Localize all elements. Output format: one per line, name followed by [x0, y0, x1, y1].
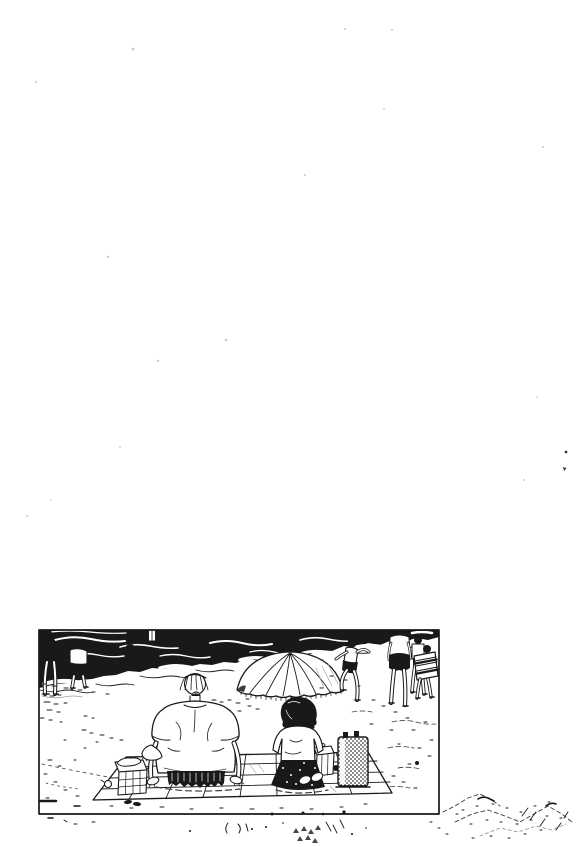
bather-head: [215, 636, 218, 639]
noise-speck: [536, 396, 538, 398]
border-speck: [271, 813, 274, 816]
dune-ridge: [455, 806, 572, 822]
dune-sketch: [430, 794, 572, 838]
dune-ridge: [443, 794, 500, 812]
noise-speck: [132, 48, 135, 51]
walker-trunks: [389, 653, 410, 671]
noise-speck: [344, 28, 346, 30]
noise-speck: [225, 339, 228, 342]
dune-ridge: [480, 824, 566, 836]
noise-speck: [35, 81, 37, 83]
noise-speck: [304, 174, 306, 176]
noise-speck: [383, 108, 385, 110]
noise-speck: [391, 29, 393, 31]
bather-head: [331, 633, 334, 636]
triangle-marks: [293, 825, 321, 843]
ink-speck: [565, 451, 568, 454]
swimmer-head: [110, 645, 114, 649]
noise-speck: [107, 256, 109, 258]
border-speck: [342, 810, 345, 813]
paren-marks: [226, 823, 248, 833]
dune-slashes: [522, 808, 568, 830]
sand-pebble: [415, 761, 419, 765]
wader-swimsuit: [42, 639, 56, 664]
boy-head: [347, 638, 356, 647]
dot-marks: [189, 822, 367, 835]
basket-highlight: [340, 739, 345, 784]
dune-accent: [478, 797, 556, 806]
bather-head: [170, 633, 173, 636]
border-speck: [322, 813, 325, 816]
child-head: [423, 645, 431, 653]
page-artwork: beach-scene: [0, 0, 577, 847]
beach-panel: [38, 628, 439, 816]
noise-speck: [157, 360, 159, 362]
ink-speck: [563, 467, 566, 471]
below-panel-marks: [48, 818, 367, 843]
noise-speck: [523, 479, 525, 481]
noise-speck: [542, 146, 544, 148]
page-noise-specks: [26, 28, 544, 517]
noise-speck: [119, 446, 121, 448]
wader-trunks: [69, 662, 88, 677]
walker-torso: [389, 635, 410, 656]
border-speck: [302, 812, 305, 815]
noise-speck: [26, 515, 28, 517]
slash-marks: [326, 820, 344, 833]
crate-front: [118, 770, 147, 795]
beach-scene: [38, 628, 439, 814]
noise-speck: [50, 499, 52, 501]
left-specks: [64, 820, 95, 824]
wader-head: [44, 630, 52, 638]
woman-hair: [281, 697, 317, 730]
dune-specks: [430, 802, 562, 838]
edge-ink-specks: [563, 451, 567, 472]
sea-streak: [412, 632, 432, 633]
wader-head: [74, 641, 83, 650]
kettle: [105, 781, 112, 788]
scanned-page: beach-scene: [0, 0, 577, 847]
bather-head: [249, 633, 252, 636]
wader-torso: [70, 649, 87, 665]
picnic-basket: [336, 731, 370, 787]
man-tshirt: [152, 701, 239, 773]
distant-stander: [149, 630, 156, 641]
partner-head: [414, 636, 422, 644]
